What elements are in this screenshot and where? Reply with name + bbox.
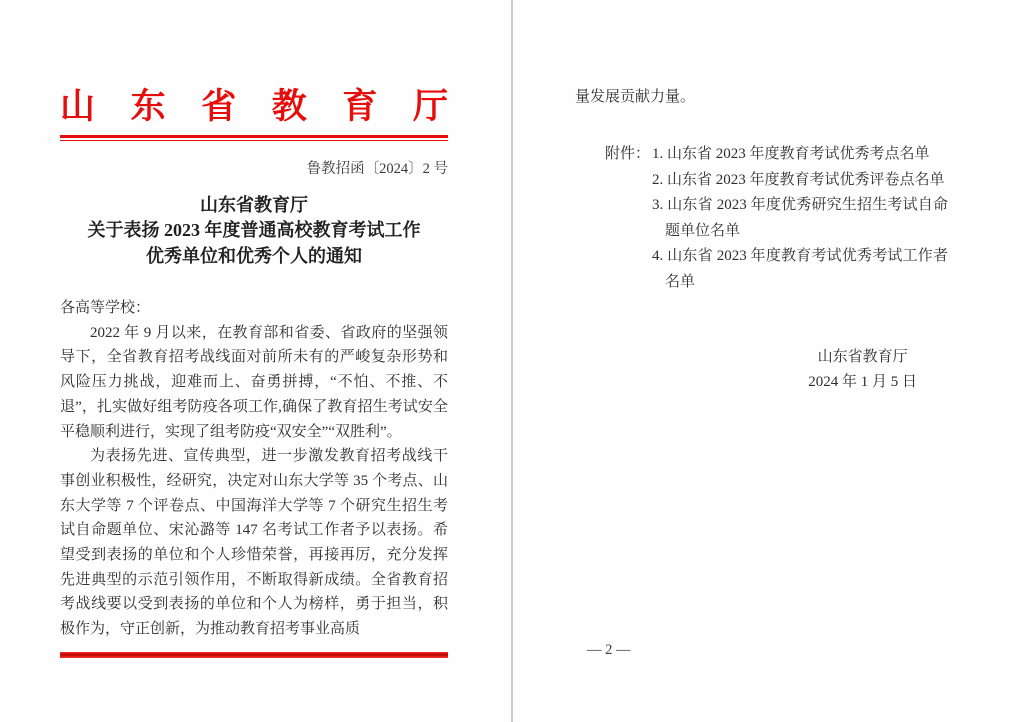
page-number: — 2 — (587, 642, 631, 659)
attachments-label: 附件： (605, 142, 650, 168)
document-title-line-2: 关于表扬 2023 年度普通高校教育考试工作 (60, 218, 448, 244)
document-title: 山东省教育厅 关于表扬 2023 年度普通高校教育考试工作 优秀单位和优秀个人的… (60, 193, 448, 270)
attachment-item-4: 4. 山东省 2023 年度教育考试优秀考试工作者名单 (652, 244, 948, 295)
body-paragraph-2-continuation: 量发展贡献力量。 (575, 85, 967, 110)
page-1: 山东省教育厅 鲁教招函〔2024〕2 号 山东省教育厅 关于表扬 2023 年度… (0, 0, 511, 722)
footer-double-rule (60, 652, 448, 658)
letterhead-agency-name: 山东省教育厅 (60, 88, 448, 127)
letterhead-double-rule (60, 135, 448, 141)
document-spread: 山东省教育厅 鲁教招函〔2024〕2 号 山东省教育厅 关于表扬 2023 年度… (0, 0, 1024, 722)
document-reference-number: 鲁教招函〔2024〕2 号 (60, 160, 448, 178)
body-paragraph-1: 2022 年 9 月以来，在教育部和省委、省政府的坚强领导下，全省教育招考战线面… (60, 321, 448, 445)
attachment-item-1: 1. 山东省 2023 年度教育考试优秀考点名单 (652, 142, 948, 168)
salutation: 各高等学校： (60, 296, 448, 321)
signer-name: 山东省教育厅 (808, 345, 917, 369)
page-2: 量发展贡献力量。 附件： 1. 山东省 2023 年度教育考试优秀考点名单 2.… (513, 0, 1024, 722)
attachment-item-2: 2. 山东省 2023 年度教育考试优秀评卷点名单 (652, 168, 948, 194)
signature-block: 山东省教育厅 2024 年 1 月 5 日 (808, 345, 917, 394)
page-1-content: 山东省教育厅 鲁教招函〔2024〕2 号 山东省教育厅 关于表扬 2023 年度… (60, 0, 448, 642)
signature-date: 2024 年 1 月 5 日 (808, 370, 917, 394)
attachment-item-3: 3. 山东省 2023 年度优秀研究生招生考试自命题单位名单 (652, 193, 948, 244)
document-title-line-1: 山东省教育厅 (60, 193, 448, 219)
attachments-block: 附件： 1. 山东省 2023 年度教育考试优秀考点名单 2. 山东省 2023… (605, 142, 967, 295)
document-title-line-3: 优秀单位和优秀个人的通知 (60, 244, 448, 270)
body-paragraph-2: 为表扬先进、宣传典型，进一步激发教育招考战线干事创业积极性，经研究，决定对山东大… (60, 444, 448, 642)
page-2-content: 量发展贡献力量。 附件： 1. 山东省 2023 年度教育考试优秀考点名单 2.… (575, 0, 967, 394)
attachments-list: 1. 山东省 2023 年度教育考试优秀考点名单 2. 山东省 2023 年度教… (652, 142, 948, 295)
